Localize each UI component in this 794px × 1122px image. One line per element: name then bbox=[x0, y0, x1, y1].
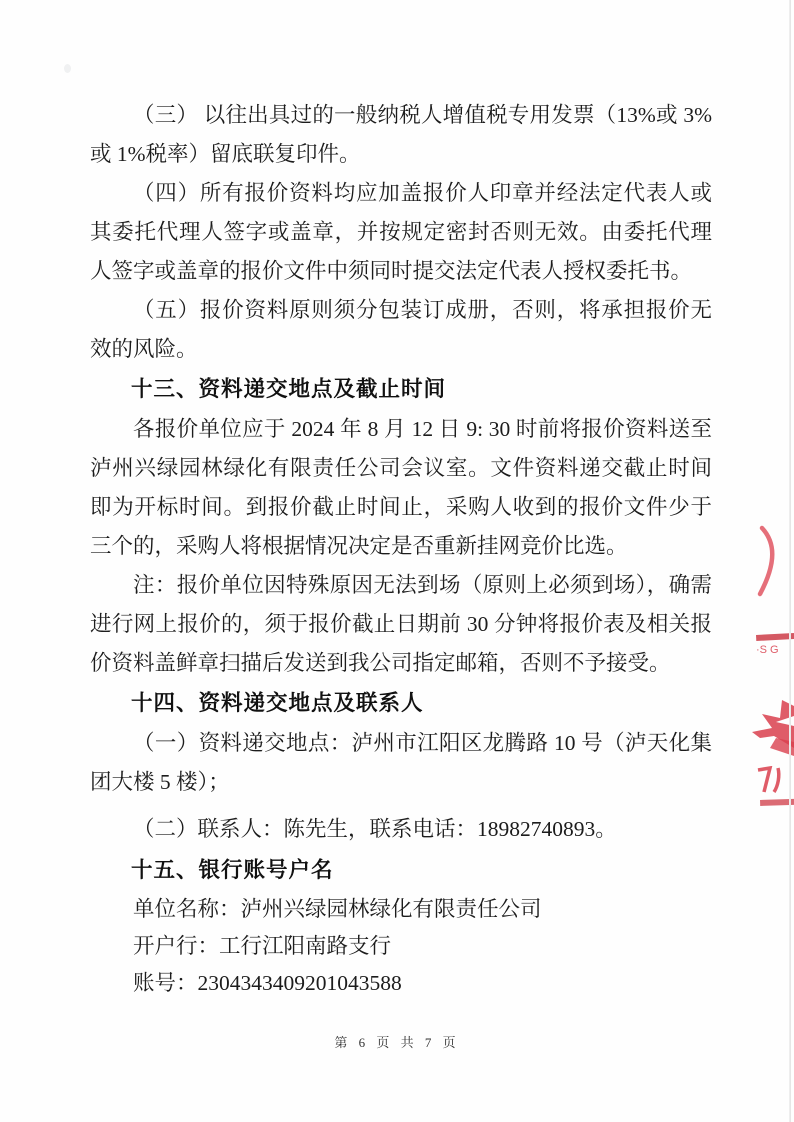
bank-branch: 开户行：工行江阳南路支行 bbox=[90, 928, 712, 965]
paragraph-contact: （二）联系人：陈先生，联系电话：18982740893。 bbox=[90, 810, 712, 849]
section-heading-14: 十四、资料递交地点及联系人 bbox=[131, 684, 712, 723]
section-heading-13: 十三、资料递交地点及截止时间 bbox=[131, 370, 712, 409]
stamp-glyphs-fragment bbox=[750, 766, 794, 817]
bank-account-number: 账号：2304343409201043588 bbox=[90, 965, 712, 1002]
document-body: （三） 以往出具过的一般纳税人增值税专用发票（13%或 3%或 1%税率）留底联… bbox=[90, 96, 712, 1002]
stamp-text-fragment: ·S G bbox=[750, 633, 794, 666]
paragraph-deadline: 各报价单位应于 2024 年 8 月 12 日 9: 30 时前将报价资料送至泸… bbox=[90, 410, 712, 566]
scan-speck bbox=[64, 64, 71, 73]
page-number-footer: 第 6 页 共 7 页 bbox=[0, 1032, 794, 1051]
paragraph-note: 注：报价单位因特殊原因无法到场（原则上必须到场），确需进行网上报价的，须于报价截… bbox=[90, 566, 712, 683]
stamp-star-fragment bbox=[752, 690, 794, 775]
paragraph-item-4: （四）所有报价资料均应加盖报价人印章并经法定代表人或其委托代理人签字或盖章，并按… bbox=[90, 174, 712, 291]
bank-account-name: 单位名称：泸州兴绿园林绿化有限责任公司 bbox=[90, 891, 712, 928]
section-heading-15: 十五、银行账号户名 bbox=[131, 851, 712, 890]
svg-text:·S G: ·S G bbox=[756, 644, 779, 656]
paragraph-item-5: （五）报价资料原则须分包装订成册，否则，将承担报价无效的风险。 bbox=[90, 291, 712, 369]
paragraph-address: （一）资料递交地点：泸州市江阳区龙腾路 10 号（泸天化集团大楼 5 楼）； bbox=[90, 724, 712, 802]
page-edge-shadow bbox=[789, 0, 791, 1122]
scanned-document-page: （三） 以往出具过的一般纳税人增值税专用发票（13%或 3%或 1%税率）留底联… bbox=[0, 0, 794, 1122]
stamp-arc-fragment bbox=[748, 524, 794, 605]
paragraph-item-3: （三） 以往出具过的一般纳税人增值税专用发票（13%或 3%或 1%税率）留底联… bbox=[90, 96, 712, 174]
